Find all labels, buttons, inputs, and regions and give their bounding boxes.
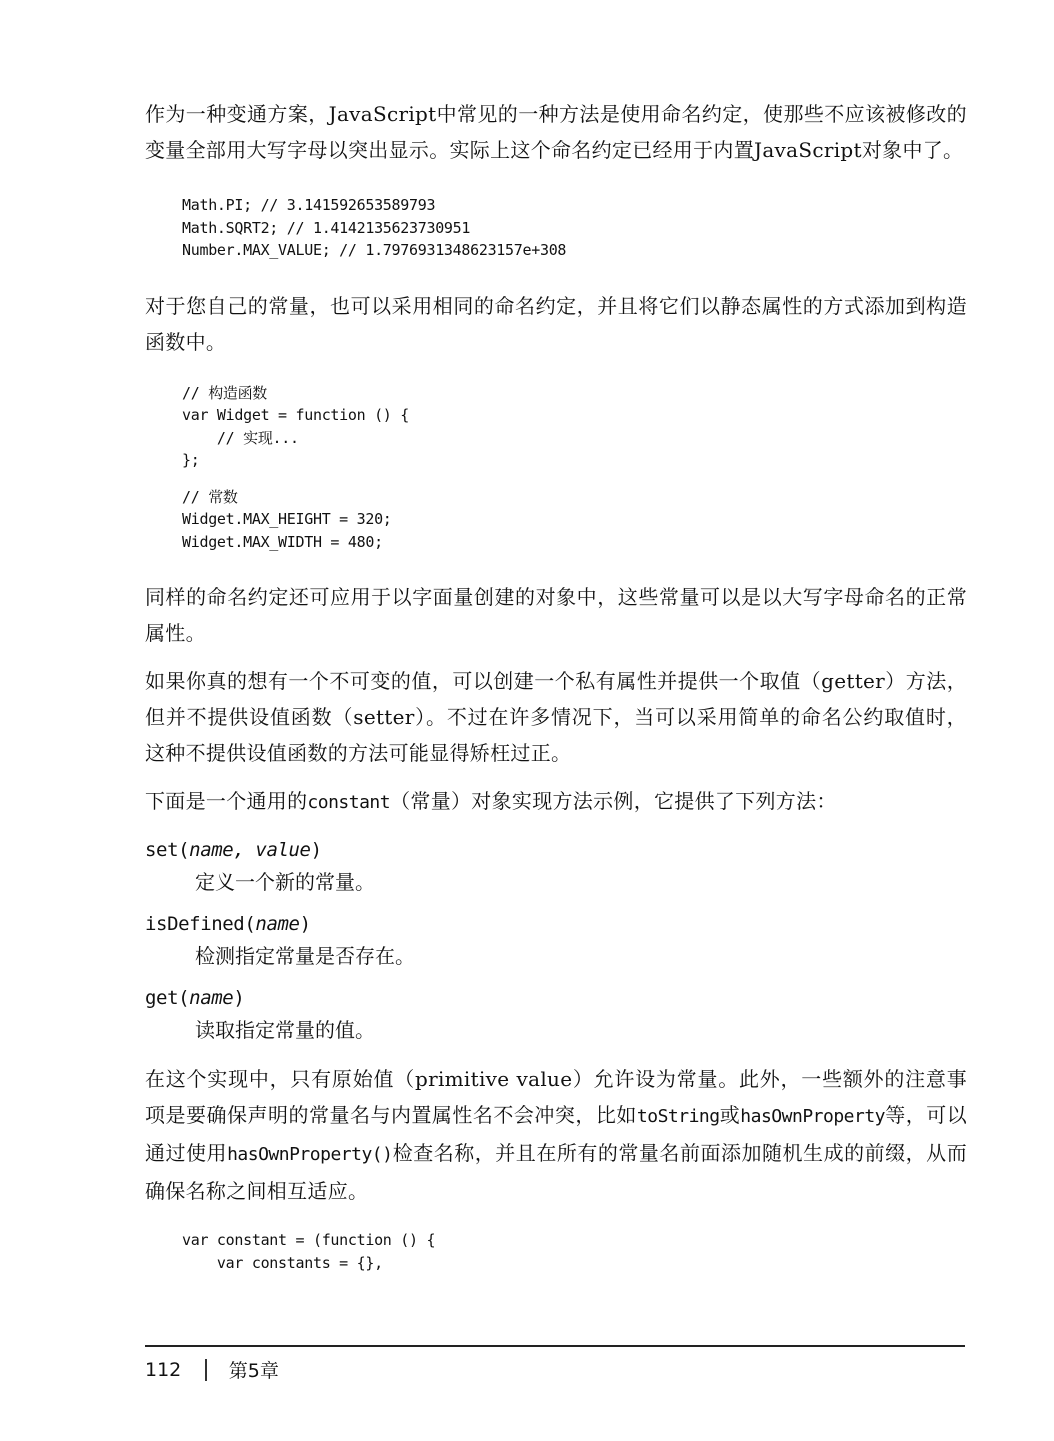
page-number: 112 (145, 1359, 181, 1381)
method-list: set(name, value) 定义一个新的常量。 isDefined(nam… (145, 835, 967, 1047)
code-line: // 常数 (182, 486, 967, 509)
footer-separator (205, 1359, 207, 1381)
code-line: // 构造函数 (182, 382, 967, 405)
constructor-code: // 构造函数var Widget = function () { // 实现.… (145, 382, 967, 472)
chapter-label: 第5章 (229, 1356, 279, 1383)
inline-code: hasOwnProperty (740, 1106, 885, 1127)
intro-paragraph: 作为一种变通方案，JavaScript中常见的一种方法是使用命名约定，使那些不应… (145, 96, 967, 168)
custom-constants-paragraph: 对于您自己的常量，也可以采用相同的命名约定，并且将它们以静态属性的方式添加到构造… (145, 288, 967, 360)
method-item-get: get(name) 读取指定常量的值。 (145, 983, 967, 1047)
implementation-notes-paragraph: 在这个实现中，只有原始值（primitive value）允许设为常量。此外，一… (145, 1061, 967, 1209)
book-page: 作为一种变通方案，JavaScript中常见的一种方法是使用命名约定，使那些不应… (145, 96, 967, 1274)
code-line: Math.PI; // 3.141592653589793 (182, 194, 967, 217)
literal-object-paragraph: 同样的命名约定还可应用于以字面量创建的对象中，这些常量可以是以大写字母命名的正常… (145, 579, 967, 651)
code-line: // 实现... (182, 427, 967, 450)
text: （常量）对象实现方法示例，它提供了下列方法： (390, 789, 837, 813)
method-signature: get(name) (145, 983, 967, 1013)
method-item-set: set(name, value) 定义一个新的常量。 (145, 835, 967, 899)
method-name: isDefined (145, 913, 244, 935)
code-line: var Widget = function () { (182, 404, 967, 427)
page-footer: 112 第5章 (145, 1356, 279, 1383)
method-args: name (189, 987, 233, 1009)
method-description: 读取指定常量的值。 (145, 1013, 967, 1047)
text: 下面是一个通用的 (145, 789, 307, 813)
code-line: }; (182, 449, 967, 472)
method-description: 定义一个新的常量。 (145, 865, 967, 899)
method-signature: isDefined(name) (145, 909, 967, 939)
footer-divider (145, 1345, 965, 1347)
code-line: var constant = (function () { (182, 1229, 967, 1252)
method-args: name (255, 913, 299, 935)
method-signature: set(name, value) (145, 835, 967, 865)
inline-code: constant (307, 792, 390, 813)
static-constants-code: // 常数Widget.MAX_HEIGHT = 320;Widget.MAX_… (145, 486, 967, 554)
builtin-constants-code: Math.PI; // 3.141592653589793Math.SQRT2;… (145, 194, 967, 262)
text: 或 (720, 1103, 741, 1127)
code-line: Number.MAX_VALUE; // 1.7976931348623157e… (182, 239, 967, 262)
method-item-isdefined: isDefined(name) 检测指定常量是否存在。 (145, 909, 967, 973)
constant-object-paragraph: 下面是一个通用的constant（常量）对象实现方法示例，它提供了下列方法： (145, 783, 967, 821)
inline-code: hasOwnProperty() (227, 1144, 392, 1165)
getter-paragraph: 如果你真的想有一个不可变的值，可以创建一个私有属性并提供一个取值（getter）… (145, 663, 967, 771)
method-args: name, value (189, 839, 310, 861)
code-line: Math.SQRT2; // 1.4142135623730951 (182, 217, 967, 240)
inline-code: toString (637, 1106, 720, 1127)
method-name: set (145, 839, 178, 861)
method-description: 检测指定常量是否存在。 (145, 939, 967, 973)
constant-impl-code: var constant = (function () { var consta… (145, 1229, 967, 1274)
code-line: Widget.MAX_WIDTH = 480; (182, 531, 967, 554)
method-name: get (145, 987, 178, 1009)
code-line: var constants = {}, (182, 1252, 967, 1275)
code-line: Widget.MAX_HEIGHT = 320; (182, 508, 967, 531)
